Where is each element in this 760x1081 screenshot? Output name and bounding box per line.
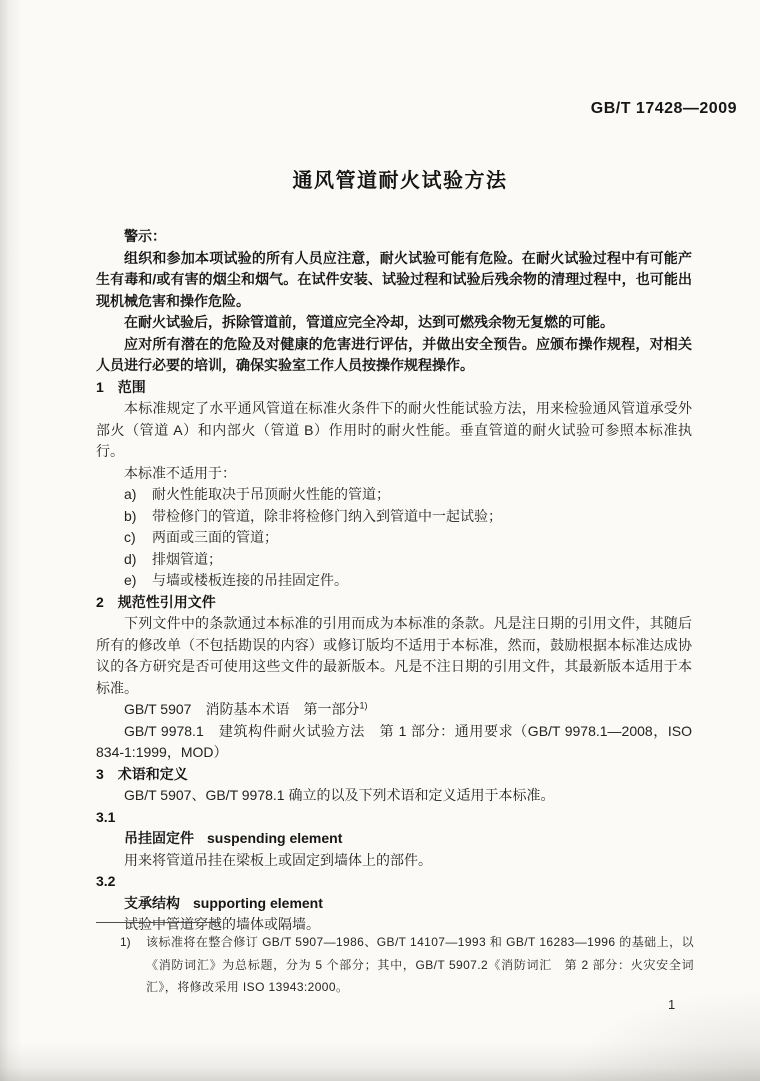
- warning-paragraph-3: 应对所有潜在的危险及对健康的危害进行评估，并做出安全预告。应颁布操作规程，对相关…: [96, 334, 692, 377]
- term-zh: 支承结构: [124, 895, 180, 911]
- scope-paragraph-2: 本标准不适用于：: [96, 463, 692, 485]
- footnote-marker: 1): [120, 931, 146, 999]
- footnote-divider: [96, 922, 220, 923]
- standard-number: GB/T 17428—2009: [591, 100, 737, 118]
- section-title: 术语和定义: [118, 766, 188, 782]
- scope-paragraph-1: 本标准规定了水平通风管道在标准火条件下的耐火性能试验方法，用来检验通风管道承受外…: [96, 398, 692, 463]
- terms-paragraph: GB/T 5907、GB/T 9978.1 确立的以及下列术语和定义适用于本标准…: [96, 785, 692, 807]
- list-item-marker: e): [124, 570, 152, 592]
- term-en: supporting element: [193, 895, 323, 911]
- list-item: e)与墙或楼板连接的吊挂固定件。: [96, 570, 692, 592]
- list-item-text: 耐火性能取决于吊顶耐火性能的管道；: [152, 486, 390, 502]
- term-number: 3.1: [96, 807, 692, 829]
- section-heading-scope: 1范围: [96, 377, 692, 399]
- reference-entry-1: GB/T 5907 消防基本术语 第一部分1): [96, 699, 692, 721]
- list-item: c)两面或三面的管道；: [96, 527, 692, 549]
- term-line: 吊挂固定件suspending element: [96, 828, 692, 850]
- term-line: 支承结构supporting element: [96, 893, 692, 915]
- document-title: 通风管道耐火试验方法: [40, 164, 760, 193]
- term-en: suspending element: [207, 830, 342, 846]
- list-item: d)排烟管道；: [96, 549, 692, 571]
- section-heading-terms: 3术语和定义: [96, 764, 692, 786]
- section-number: 2: [96, 594, 104, 610]
- list-item: a)耐火性能取决于吊顶耐火性能的管道；: [96, 484, 692, 506]
- list-item-text: 与墙或楼板连接的吊挂固定件。: [152, 572, 348, 588]
- section-title: 规范性引用文件: [118, 594, 216, 610]
- warning-paragraph-2: 在耐火试验后，拆除管道前，管道应完全冷却，达到可燃残余物无复燃的可能。: [96, 312, 692, 334]
- list-item-text: 排烟管道；: [152, 551, 222, 567]
- list-item-marker: d): [124, 549, 152, 571]
- list-item-marker: a): [124, 484, 152, 506]
- footnote-text: 该标准将在整合修订 GB/T 5907—1986、GB/T 14107—1993…: [146, 931, 694, 999]
- term-zh: 吊挂固定件: [124, 830, 194, 846]
- list-item-text: 两面或三面的管道；: [152, 529, 278, 545]
- warning-paragraph-1: 组织和参加本项试验的所有人员应注意，耐火试验可能有危险。在耐火试验过程中有可能产…: [96, 248, 692, 313]
- list-item-marker: b): [124, 506, 152, 528]
- reference-entry-2: GB/T 9978.1 建筑构件耐火试验方法 第 1 部分：通用要求（GB/T …: [96, 721, 692, 764]
- reference-text: GB/T 5907 消防基本术语 第一部分: [124, 701, 359, 717]
- term-number: 3.2: [96, 871, 692, 893]
- list-item-text: 带检修门的管道，除非将检修门纳入到管道中一起试验；: [152, 508, 502, 524]
- section-number: 1: [96, 379, 104, 395]
- list-item: b)带检修门的管道，除非将检修门纳入到管道中一起试验；: [96, 506, 692, 528]
- term-definition: 用来将管道吊挂在梁板上或固定到墙体上的部件。: [96, 850, 692, 872]
- footnote-area: 1) 该标准将在整合修订 GB/T 5907—1986、GB/T 14107—1…: [96, 922, 694, 999]
- page-number: 1: [668, 997, 675, 1012]
- list-item-marker: c): [124, 527, 152, 549]
- section-title: 范围: [118, 379, 146, 395]
- section-number: 3: [96, 766, 104, 782]
- document-page: GB/T 17428—2009 通风管道耐火试验方法 警示： 组织和参加本项试验…: [0, 0, 760, 1081]
- footnote: 1) 该标准将在整合修订 GB/T 5907—1986、GB/T 14107—1…: [120, 931, 694, 999]
- warning-label: 警示：: [96, 226, 692, 248]
- footnote-reference-marker: 1): [359, 700, 367, 710]
- section-heading-references: 2规范性引用文件: [96, 592, 692, 614]
- document-body: 警示： 组织和参加本项试验的所有人员应注意，耐火试验可能有危险。在耐火试验过程中…: [96, 226, 692, 936]
- references-paragraph: 下列文件中的条款通过本标准的引用而成为本标准的条款。凡是注日期的引用文件，其随后…: [96, 613, 692, 699]
